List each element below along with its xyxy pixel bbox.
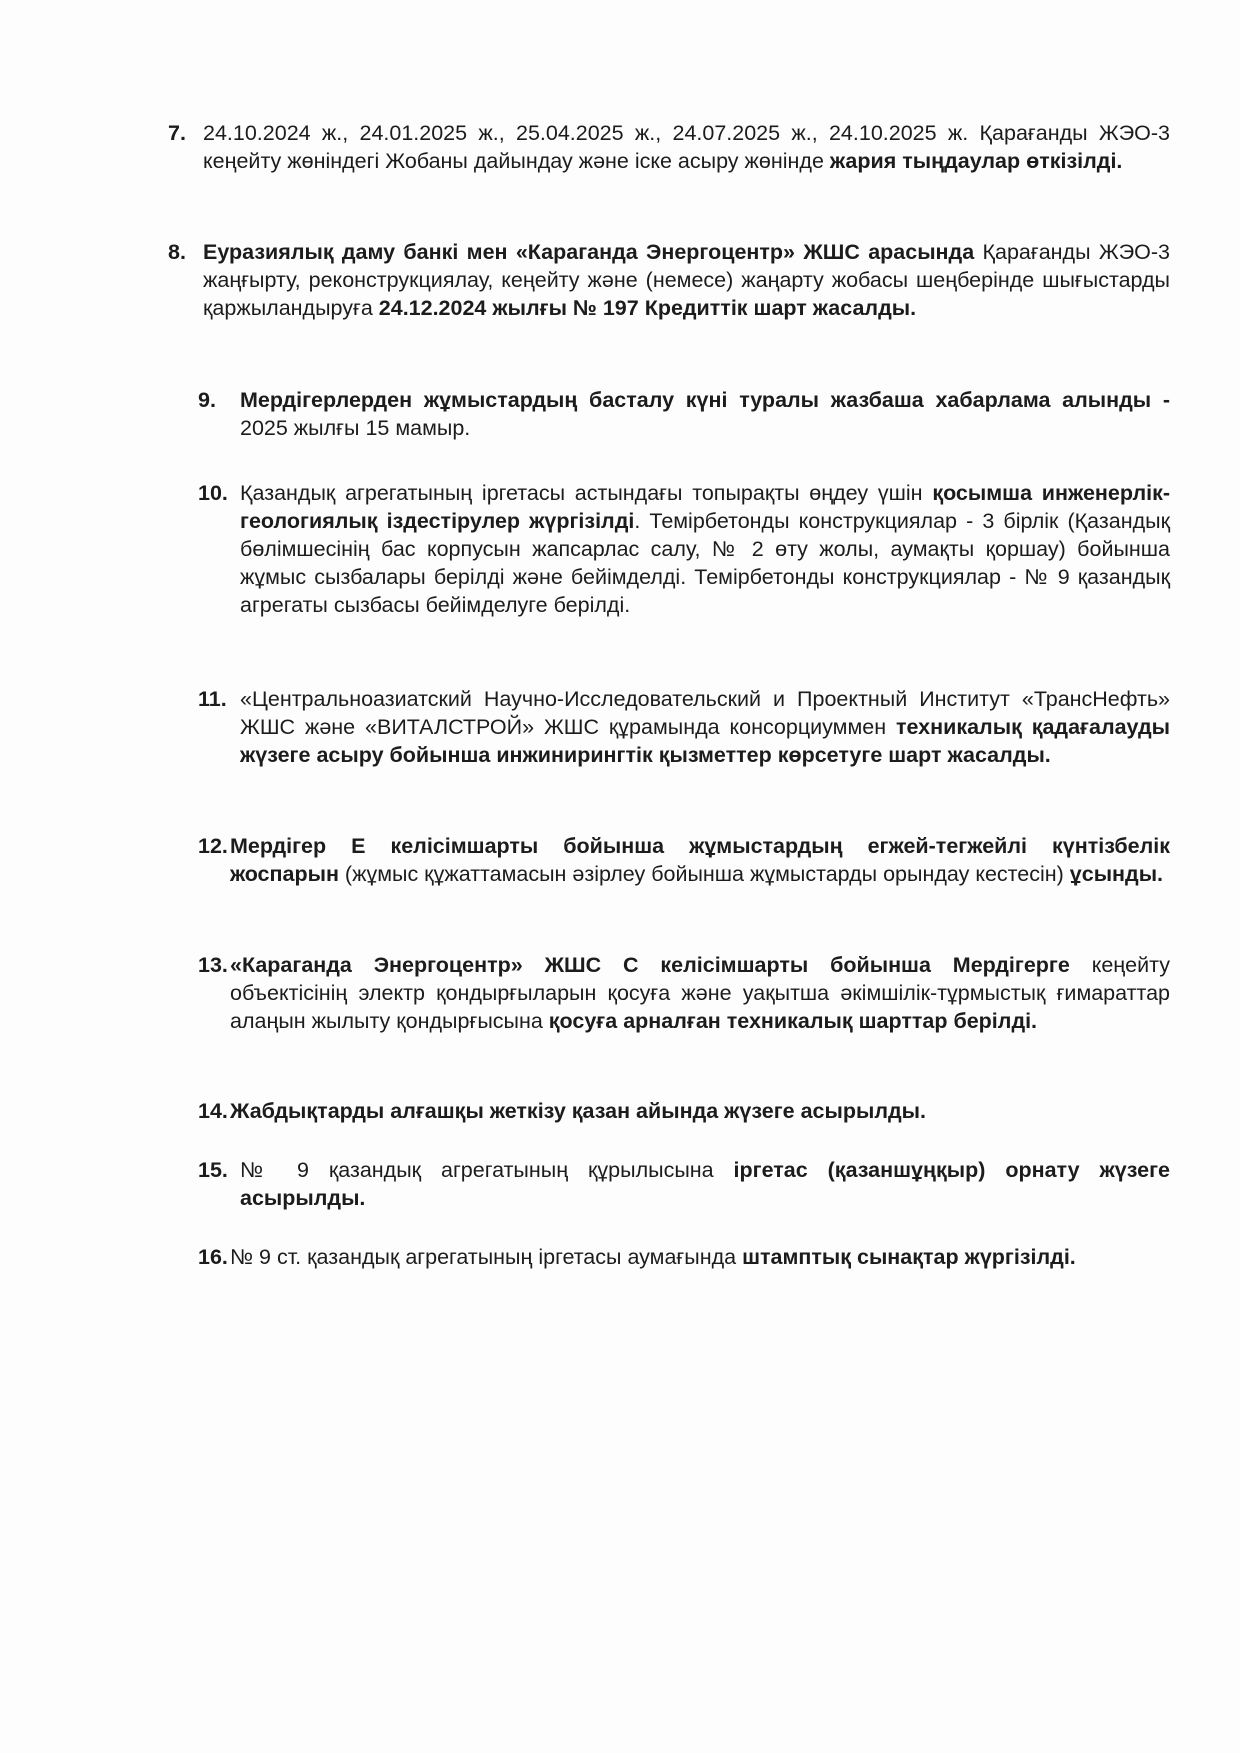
item-text-bold: қосуға арналған техникалық шарттар беріл… — [549, 1009, 1037, 1033]
item-number: 16. — [198, 1243, 228, 1271]
list-item-14: 14. Жабдықтарды алғашқы жеткізу қазан ай… — [198, 1097, 1170, 1125]
item-text-bold: Мердігерлерден жұмыстардың басталу күні … — [240, 388, 1170, 412]
item-text: Қазандық агрегатының іргетасы астындағы … — [240, 481, 932, 505]
list-item-7: 7. 24.10.2024 ж., 24.01.2025 ж., 25.04.2… — [168, 119, 1170, 175]
list-item-8: 8. Еуразиялық даму банкі мен «Караганда … — [168, 238, 1170, 322]
list-item-10: 10. Қазандық агрегатының іргетасы астынд… — [198, 479, 1170, 619]
item-text-bold: «Караганда Энергоцентр» ЖШС С келісімшар… — [230, 953, 1092, 977]
list-item-16: 16. № 9 ст. қазандық агрегатының іргетас… — [198, 1243, 1170, 1271]
item-text: № 9 ст. қазандық агрегатының іргетасы ау… — [230, 1245, 742, 1269]
item-number: 9. — [198, 386, 216, 414]
item-text-bold: штамптық сынақтар жүргізілді. — [742, 1245, 1076, 1269]
item-text-bold: Еуразиялық даму банкі мен «Караганда Эне… — [203, 240, 982, 264]
item-number: 11. — [198, 685, 227, 713]
item-number: 8. — [168, 238, 186, 266]
item-text-bold: жария тыңдаулар өткізілді. — [830, 149, 1123, 173]
item-text-bold: ұсынды. — [1070, 862, 1163, 886]
item-text: 2025 жылғы 15 мамыр. — [240, 416, 470, 440]
list-item-11: 11. «Центральноазиатский Научно-Исследов… — [198, 685, 1170, 769]
list-item-9: 9. Мердігерлерден жұмыстардың басталу кү… — [198, 386, 1170, 442]
item-number: 13. — [198, 951, 228, 979]
item-text-bold: 24.12.2024 жылғы № 197 Кредиттік шарт жа… — [379, 296, 916, 320]
item-number: 15. — [198, 1156, 228, 1184]
document-page: 7. 24.10.2024 ж., 24.01.2025 ж., 25.04.2… — [0, 0, 1240, 1753]
item-number: 14. — [198, 1097, 228, 1125]
item-text: (жұмыс құжаттамасын әзірлеу бойынша жұмы… — [345, 862, 1070, 886]
item-number: 7. — [168, 119, 186, 147]
list-item-13: 13. «Караганда Энергоцентр» ЖШС С келісі… — [198, 951, 1170, 1035]
list-item-15: 15. № 9 қазандық агрегатының құрылысына … — [198, 1156, 1170, 1212]
item-text-bold: Жабдықтарды алғашқы жеткізу қазан айында… — [230, 1099, 926, 1123]
item-number: 12. — [198, 832, 228, 860]
list-item-12: 12. Мердігер Е келісімшарты бойынша жұмы… — [198, 832, 1170, 888]
item-number: 10. — [198, 479, 228, 507]
item-text: № 9 қазандық агрегатының құрылысына — [240, 1158, 734, 1182]
